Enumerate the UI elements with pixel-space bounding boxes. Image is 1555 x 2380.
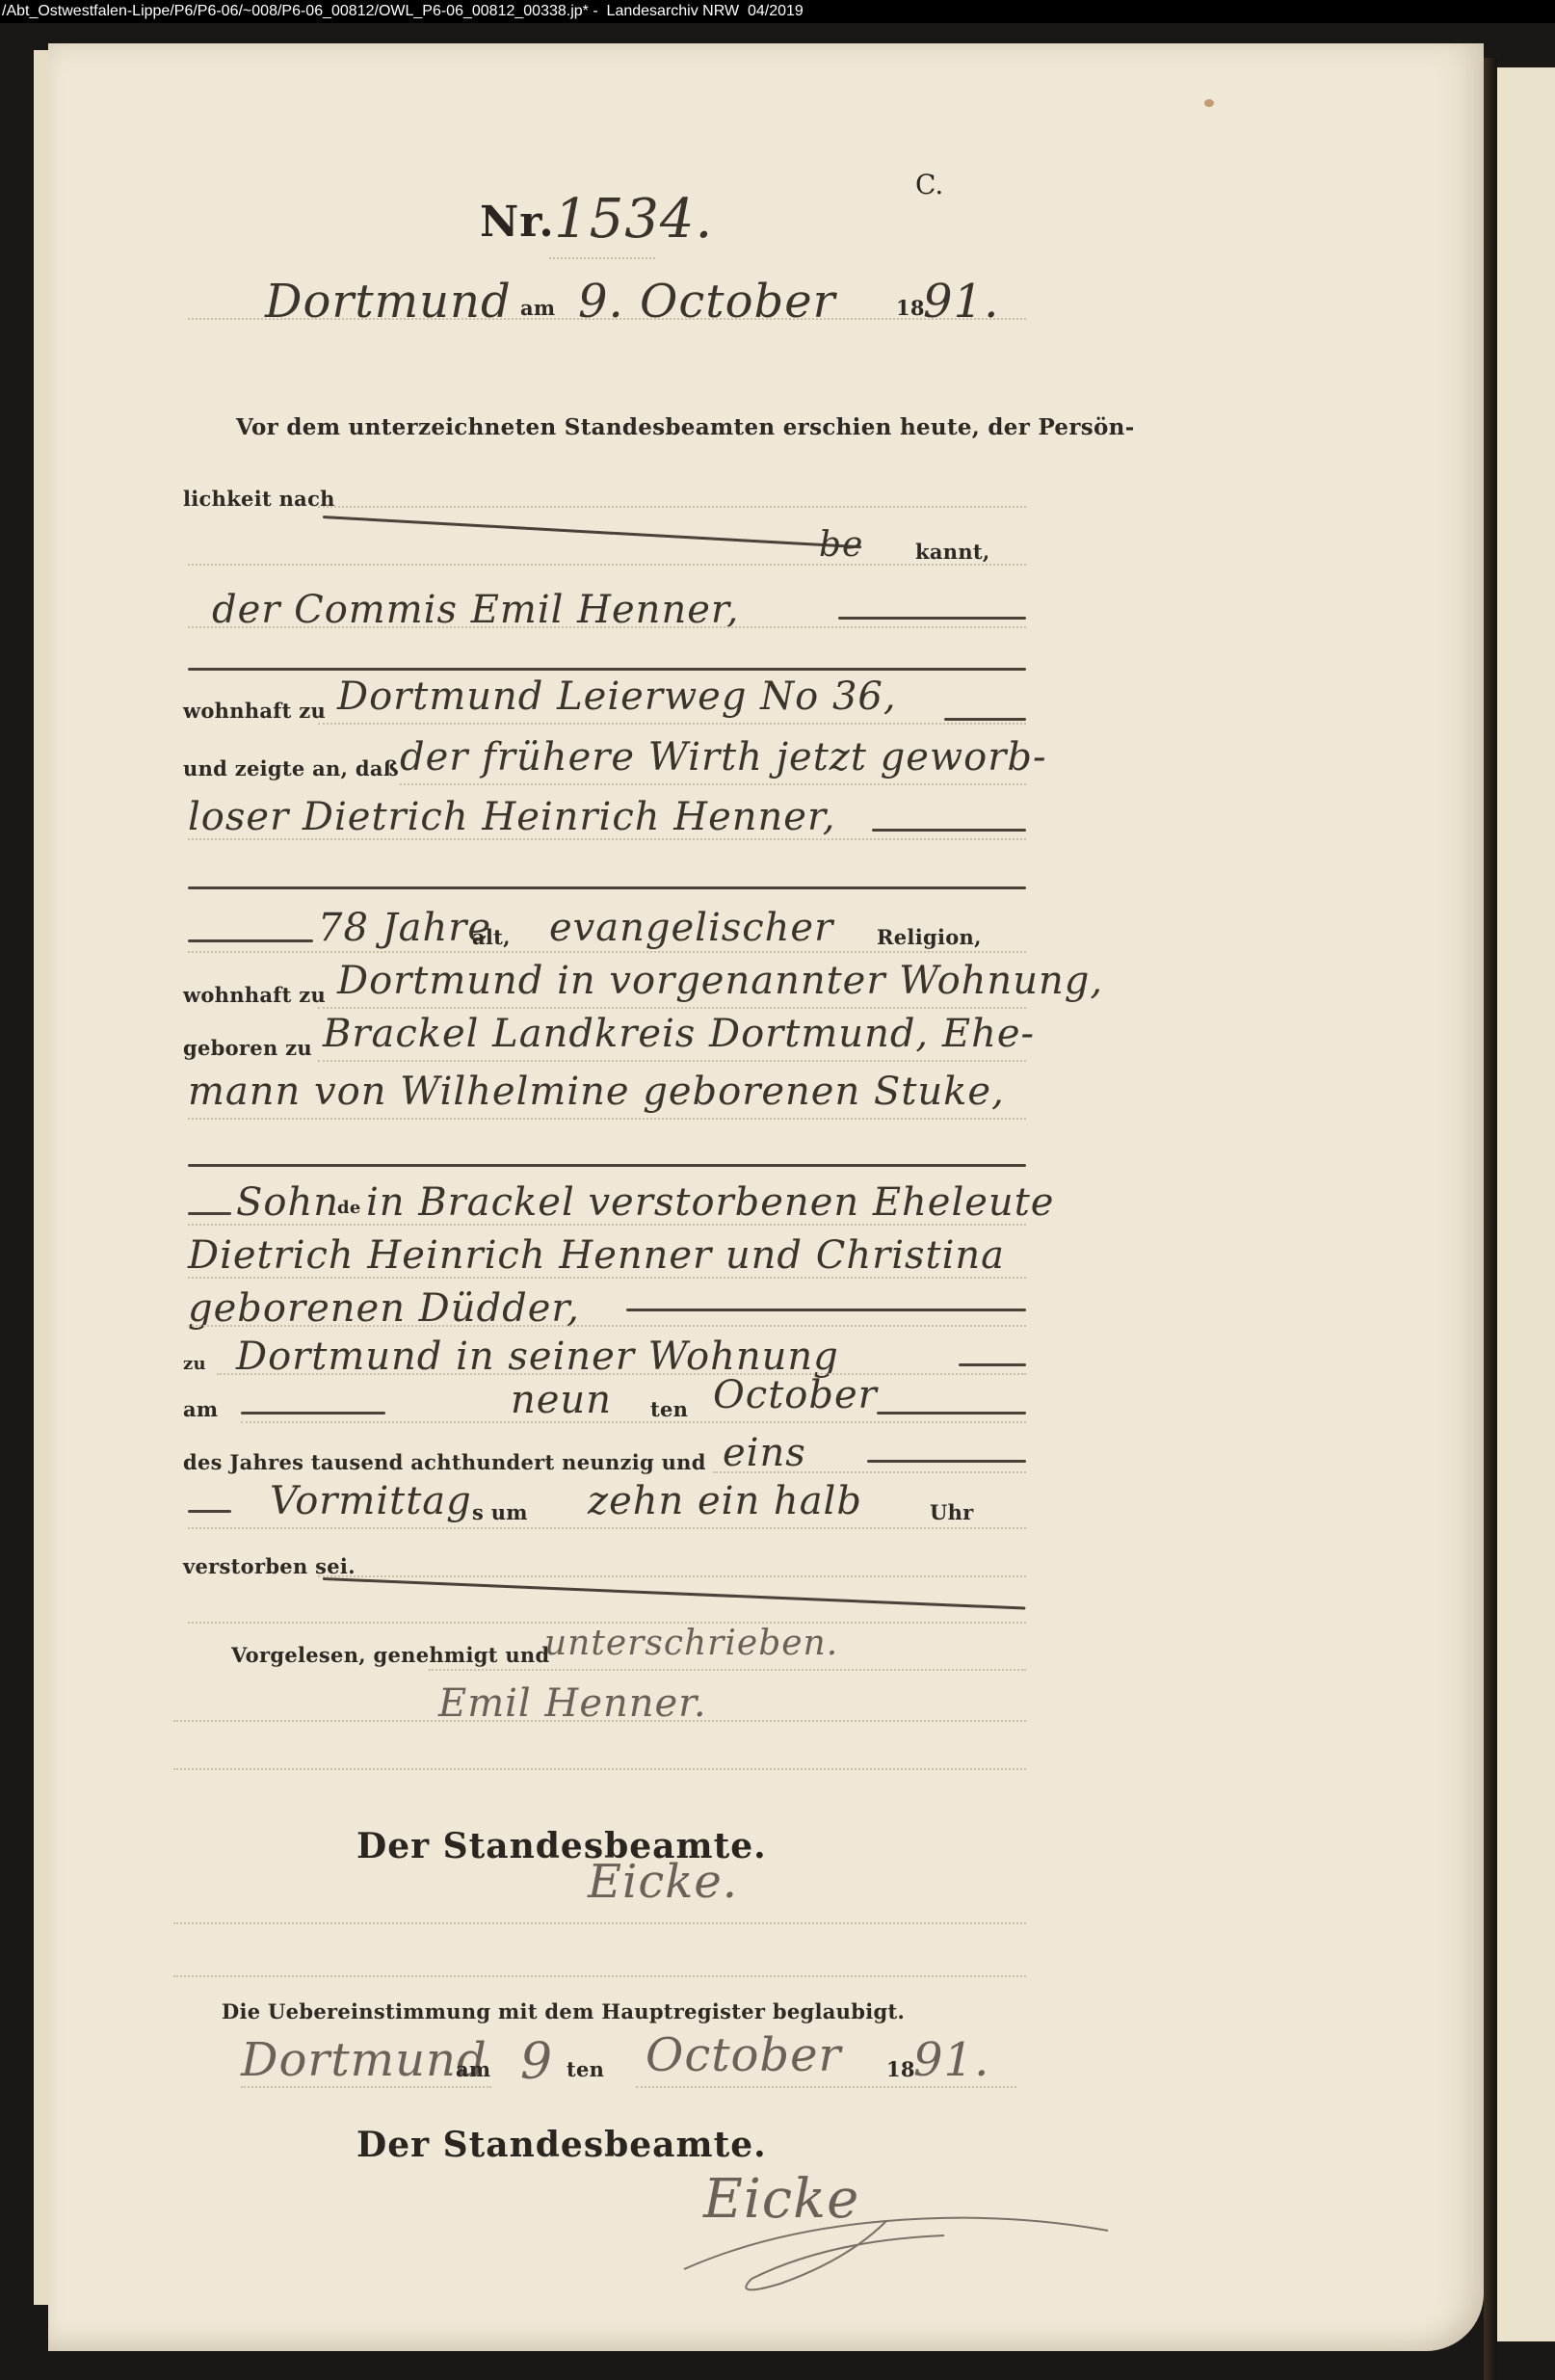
parents-article-label: de: [337, 1198, 361, 1218]
zeigte-an-label: und zeigte an, daß: [183, 756, 399, 780]
death-day-handwritten: neun: [511, 1378, 612, 1422]
dotted-line: [188, 1277, 1026, 1279]
alt-label: alt,: [472, 925, 511, 949]
intro-text: Vor dem unterzeichneten Standesbeamten e…: [236, 414, 1135, 440]
fill-line: [188, 1510, 231, 1513]
dotted-line: [188, 1527, 1026, 1529]
fill-line: [241, 1412, 385, 1415]
dotted-line: [318, 506, 1026, 508]
cert-am-label: am: [456, 2057, 490, 2081]
book-gutter: [1484, 58, 1497, 2380]
dotted-line: [188, 951, 1026, 953]
form-letter: C.: [915, 169, 943, 200]
record-number-label: Nr.: [480, 198, 555, 247]
dotted-line: [188, 1118, 1026, 1120]
religion-label: Religion,: [877, 925, 982, 949]
birthplace-line1-handwritten: Brackel Landkreis Dortmund, Ehe-: [323, 1012, 1035, 1056]
dotted-line: [188, 1224, 1026, 1226]
dotted-line: [188, 564, 1026, 566]
wohnhaft2-label: wohnhaft zu: [183, 983, 326, 1007]
registrar-signature: Eicke.: [588, 1855, 738, 1909]
certification-text: Die Uebereinstimmung mit dem Hauptregist…: [222, 1999, 905, 2023]
dotted-line: [429, 1669, 1026, 1671]
dotted-line: [188, 1325, 1026, 1327]
fill-line: [867, 1460, 1026, 1463]
strikethrough-line: [323, 1577, 1025, 1610]
place-handwritten: Dortmund: [265, 275, 512, 329]
dotted-line: [713, 1471, 1026, 1473]
fill-line: [188, 1212, 231, 1215]
cert-year-suffix-handwritten: 91.: [913, 2033, 989, 2087]
cert-registrar-heading: Der Standesbeamte.: [356, 2125, 767, 2165]
age-handwritten: 78 Jahre: [318, 906, 491, 950]
fill-line: [959, 1363, 1026, 1366]
death-year-handwritten: eins: [723, 1431, 806, 1475]
signature-flourish: [655, 2192, 1118, 2298]
fill-line: [626, 1309, 1026, 1311]
dotted-line: [173, 1720, 1026, 1722]
dotted-line: [173, 1975, 1026, 1977]
parents-line1-prefix-handwritten: Sohn: [236, 1180, 339, 1225]
facing-page: [1497, 67, 1555, 2341]
zu-label: zu: [183, 1354, 206, 1374]
dotted-line: [241, 1421, 1026, 1423]
wohnhaft-label: wohnhaft zu: [183, 699, 326, 723]
dotted-line: [318, 1007, 1026, 1009]
fill-line: [188, 668, 1026, 671]
informant-address-handwritten: Dortmund Leierweg No 36,: [337, 674, 897, 719]
window-title-bar: /Abt_Ostwestfalen-Lippe/P6/P6-06/~008/P6…: [0, 0, 1555, 23]
paper-stain: [1204, 99, 1214, 107]
cert-year-prefix: 18: [886, 2057, 915, 2081]
parents-line2-handwritten: Dietrich Heinrich Henner und Christina: [188, 1233, 1005, 1278]
dotted-line: [188, 318, 1026, 320]
cert-ten-label: ten: [567, 2057, 604, 2081]
date-handwritten: 9. October: [578, 275, 836, 329]
bekannt-label: kannt,: [915, 540, 990, 564]
parents-line1-handwritten: in Brackel verstorbenen Eheleute: [366, 1180, 1054, 1225]
am-label: am: [520, 296, 555, 320]
fill-line: [188, 939, 313, 942]
ten-label: ten: [650, 1397, 688, 1421]
cert-month-handwritten: October: [646, 2028, 842, 2082]
am2-label: am: [183, 1397, 218, 1421]
dotted-line: [636, 2086, 1016, 2088]
dotted-line: [318, 723, 1026, 725]
dotted-line: [217, 1373, 1026, 1375]
dotted-line: [188, 626, 1026, 628]
uhr-label: Uhr: [930, 1500, 974, 1524]
dotted-line: [549, 257, 655, 259]
dotted-line: [173, 1922, 1026, 1924]
geboren-label: geboren zu: [183, 1036, 312, 1060]
fill-line: [944, 718, 1026, 721]
cert-day-handwritten: 9: [520, 2033, 553, 2091]
strikethrough-line: [323, 516, 861, 548]
dotted-line: [400, 783, 1026, 785]
death-time-handwritten: zehn ein halb: [588, 1479, 862, 1523]
time-of-day-handwritten: Vormittag: [270, 1479, 472, 1523]
register-page: C. Nr. 1534. Dortmund am 9. October 18 9…: [48, 43, 1484, 2351]
deceased-line1-handwritten: der frühere Wirth jetzt geworb-: [400, 735, 1046, 780]
fill-line: [877, 1412, 1026, 1415]
birthplace-line2-handwritten: mann von Wilhelmine geborenen Stuke,: [188, 1070, 1005, 1114]
jahres-label: des Jahres tausend achthundert neunzig u…: [183, 1450, 706, 1474]
dotted-line: [173, 1768, 1026, 1770]
fill-line: [188, 1164, 1026, 1167]
dotted-line: [318, 1060, 1026, 1062]
fill-line: [188, 886, 1026, 889]
bekannt-handwritten: be: [819, 525, 863, 565]
year-suffix-handwritten: 91.: [923, 275, 999, 329]
religion-handwritten: evangelischer: [549, 906, 833, 950]
s-um-label: s um: [472, 1500, 528, 1524]
fill-line: [872, 829, 1026, 832]
record-number: 1534.: [554, 188, 713, 251]
deceased-line2-handwritten: loser Dietrich Heinrich Henner,: [188, 795, 835, 839]
identity-label: lichkeit nach: [183, 487, 335, 511]
cert-place-handwritten: Dortmund: [241, 2033, 488, 2087]
fill-line: [838, 617, 1026, 620]
dotted-line: [241, 2086, 491, 2088]
death-month-handwritten: October: [713, 1373, 878, 1417]
dotted-line: [318, 1575, 1026, 1577]
deceased-address-handwritten: Dortmund in vorgenannter Wohnung,: [337, 959, 1103, 1003]
dotted-line: [188, 838, 1026, 840]
year-prefix: 18: [896, 296, 925, 320]
vorgelesen-label: Vorgelesen, genehmigt und: [231, 1643, 549, 1667]
unterschrieben-handwritten: unterschrieben.: [544, 1624, 838, 1663]
